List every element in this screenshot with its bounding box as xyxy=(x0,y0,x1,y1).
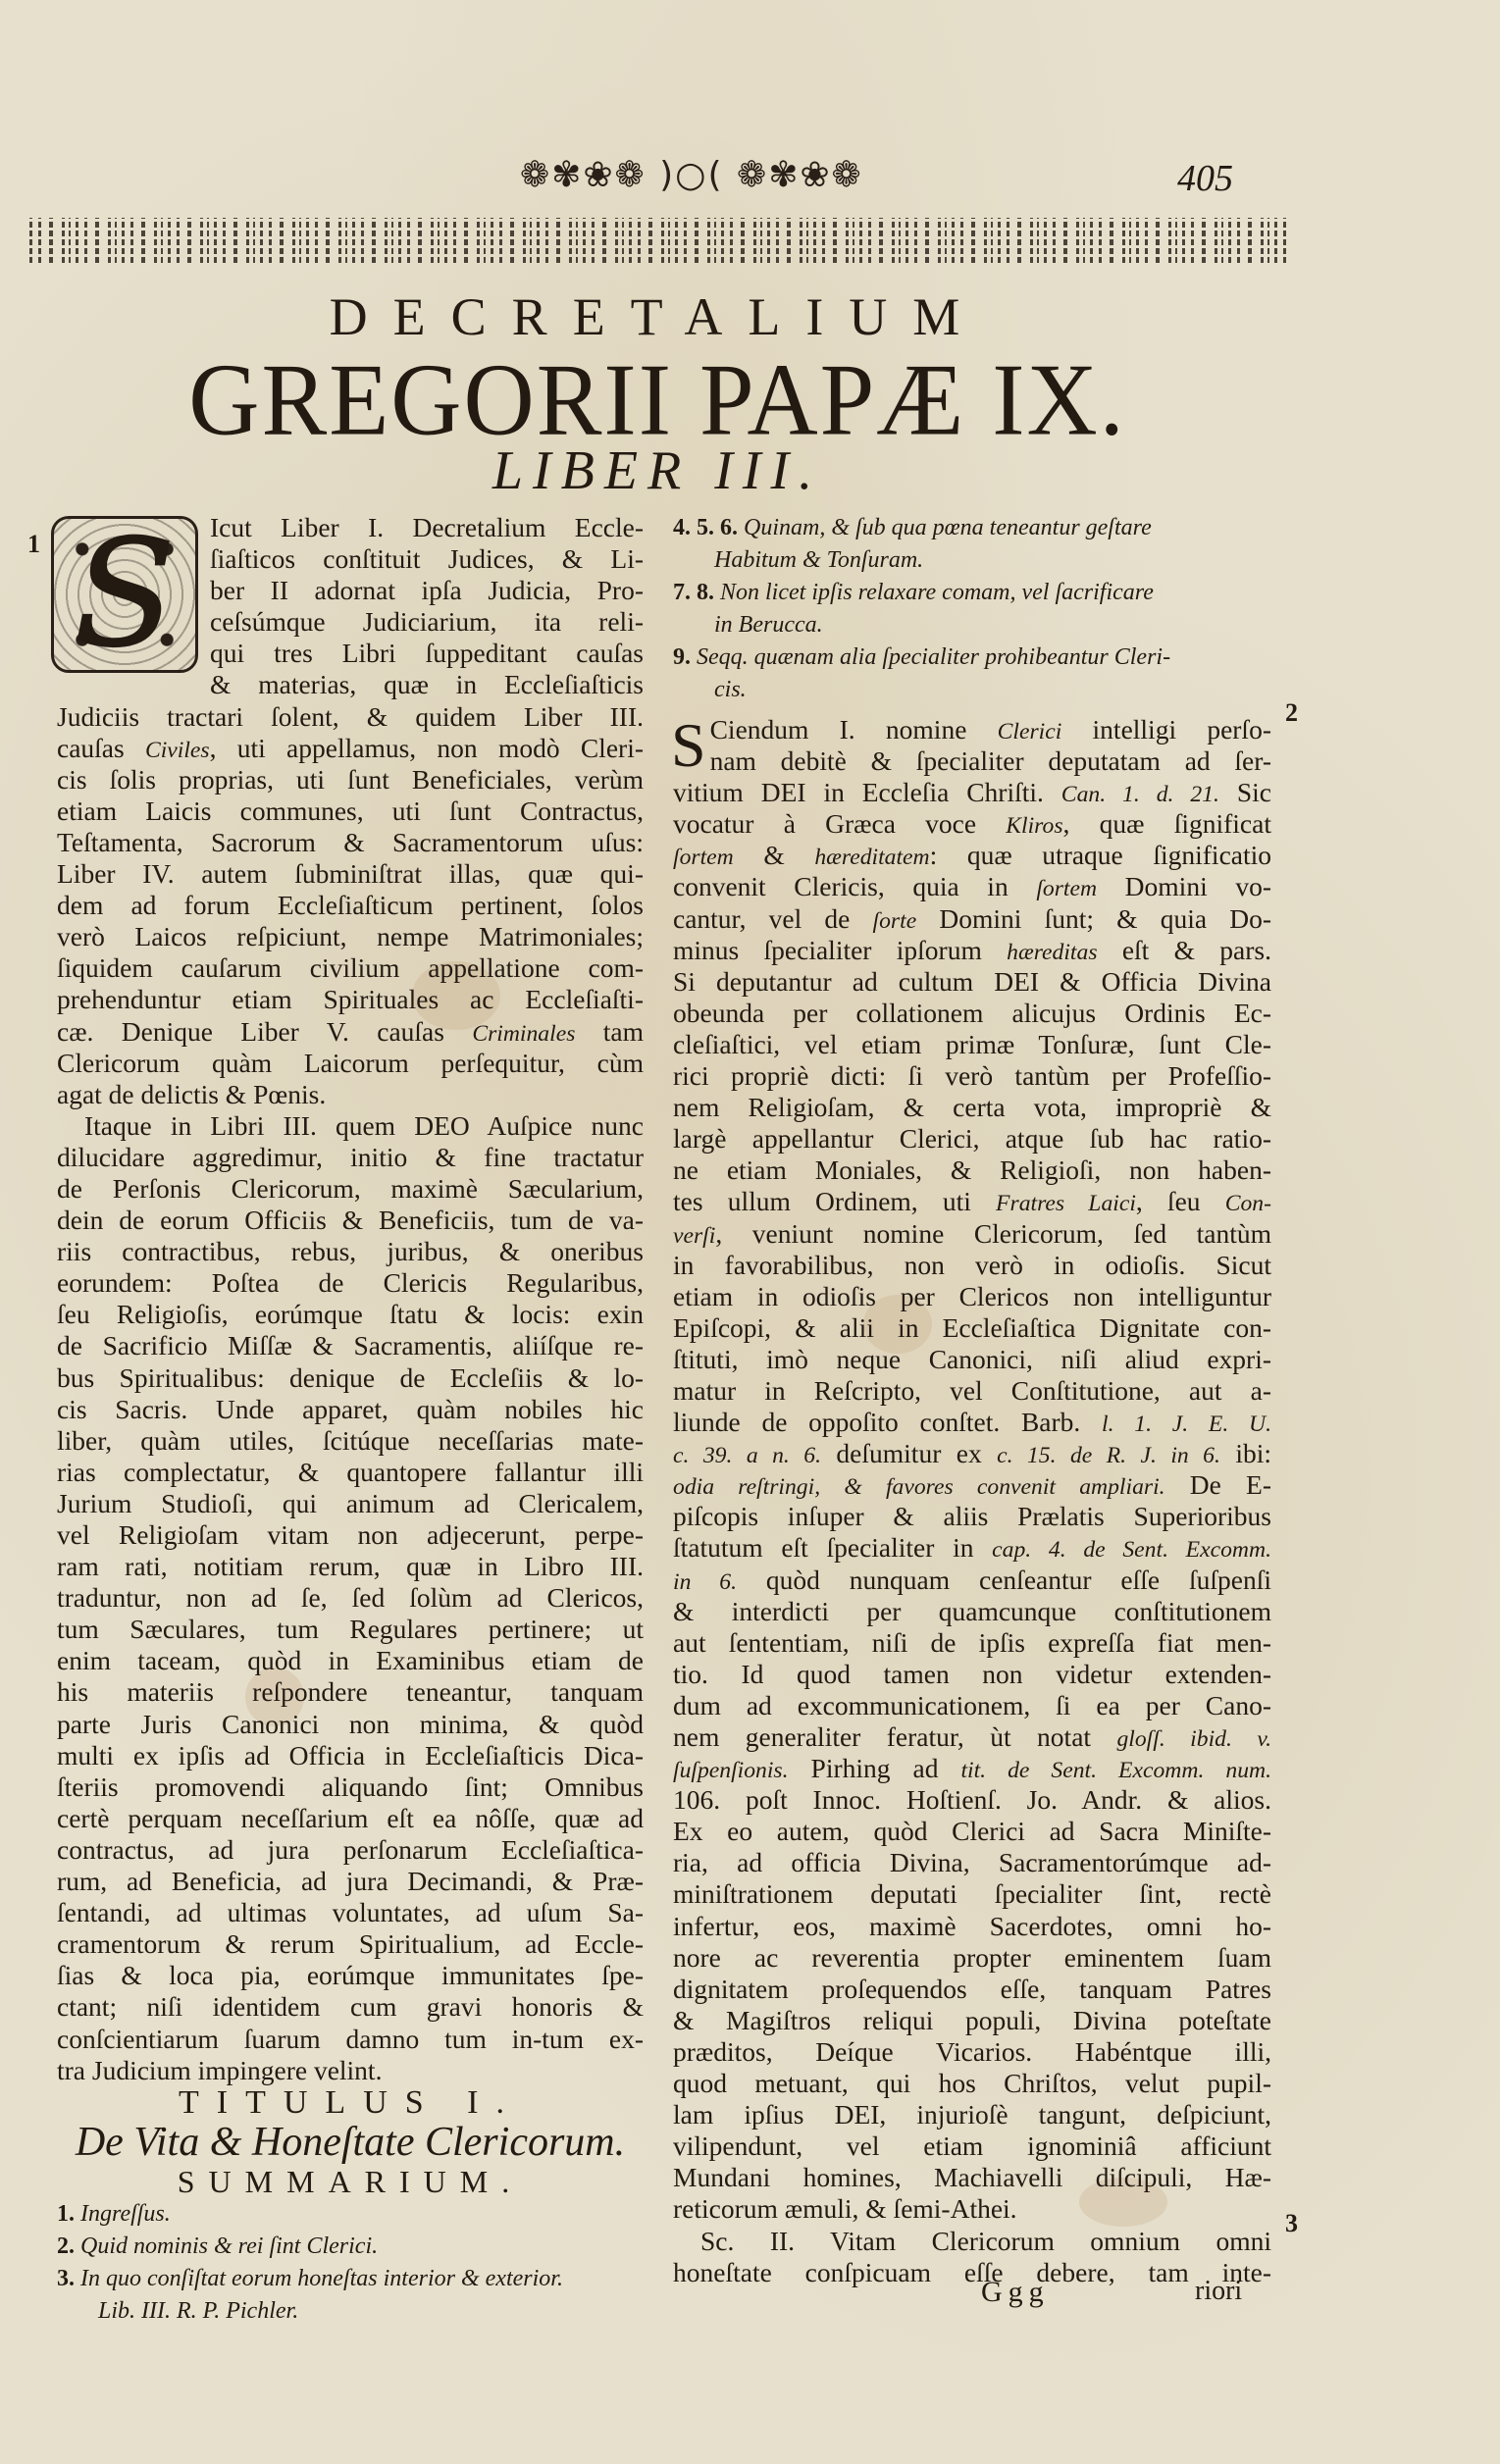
text-line: dum ad excommunicationem, ſi ea per Cano… xyxy=(673,1690,1271,1721)
text-line: dilucidare aggredimur, initio & fine tra… xyxy=(57,1142,644,1173)
text-line: liber, quàm utiles, ſcitúque neceſſarias… xyxy=(57,1425,644,1457)
text-line: dein de eorum Officiis & Beneficiis, tum… xyxy=(57,1205,644,1236)
initial-letter: S xyxy=(671,716,706,775)
text-line: parte Juris Canonici non minima, & quòd xyxy=(57,1709,644,1740)
text-line: verò Laicos reſpiciunt, nempe Matrimonia… xyxy=(57,921,644,952)
summary-item: 1. Ingreſſus. xyxy=(57,2198,644,2231)
text-line: Itaque in Libri III. quem DEO Auſpice nu… xyxy=(57,1110,644,1142)
text-line: ſteriis promovendi aliquando ſint; Omnib… xyxy=(57,1771,644,1803)
text-line: certè perquam neceſſarium eſt ea nôſſe, … xyxy=(57,1803,644,1834)
text-line: nem Religioſam, & certa vota, impropriè … xyxy=(673,1092,1271,1123)
text-line: ne etiam Moniales, & Religioſi, non habe… xyxy=(673,1155,1271,1186)
text-line: vitium DEI in Eccleſia Chriſti. Can. 1. … xyxy=(673,777,1271,808)
dropcap-paragraph: S Icut Liber I. Decretalium Eccle-ſiaſti… xyxy=(57,512,644,701)
summary-text: In quo conſiſtat eorum honeſtas interior… xyxy=(75,2266,563,2291)
text-line: vel Religioſam vitam non adjecerunt, per… xyxy=(57,1519,644,1551)
summary-text-continued: Lib. III. R. P. Pichler. xyxy=(57,2295,644,2328)
summary-number: 1. xyxy=(57,2198,75,2231)
text-line: convenit Clericis, quia in ſortem Domini… xyxy=(673,871,1271,902)
text-line: ria, ad officia Divina, Sacramentorúmque… xyxy=(673,1847,1271,1878)
text-line: largè appellantur Clerici, atque ſub hac… xyxy=(673,1123,1271,1155)
title-liber: LIBER III. xyxy=(0,439,1315,502)
text-line: Judiciis tractari ſolent, & quidem Liber… xyxy=(57,701,644,733)
text-line: reticorum æmuli, & ſemi-Athei. xyxy=(673,2193,1271,2225)
dropcap-ornament: S xyxy=(51,516,198,673)
text-line: obeunda per collationem alicujus Ordinis… xyxy=(673,998,1271,1029)
text-line: Jurium Studioſi, qui animum ad Clericale… xyxy=(57,1488,644,1519)
summary-text: Non licet ipſis relaxare comam, vel ſacr… xyxy=(714,580,1154,605)
text-line: tra Judicium impingere velint. xyxy=(57,2055,644,2086)
decorative-border-band xyxy=(29,218,1287,263)
text-line: rici propriè dicti: ſi verò tantùm per P… xyxy=(673,1060,1271,1092)
text-line: prehenduntur etiam Spirituales ac Eccleſ… xyxy=(57,984,644,1015)
page-number: 405 xyxy=(1177,157,1233,200)
text-line: ram rati, notitiam rerum, quæ in Libro I… xyxy=(57,1551,644,1582)
text-line: aut ſententiam, niſi de ipſis expreſſa f… xyxy=(673,1627,1271,1659)
text-line: dem ad forum Eccleſiaſticum pertinent, ſ… xyxy=(57,890,644,921)
section-title: De Vita & Honeſtate Clericorum. xyxy=(57,2120,644,2165)
summary-text: Quid nominis & rei ſint Clerici. xyxy=(75,2233,378,2259)
header-ornament: ❁✾❀❁ )○( ❁✾❀❁ xyxy=(520,155,863,195)
margin-number: 1 xyxy=(27,530,40,559)
text-line: infertur, eos, maximè Sacerdotes, omni h… xyxy=(673,1911,1271,1942)
text-line: tes ullum Ordinem, uti Fratres Laici, ſe… xyxy=(673,1186,1271,1217)
text-line: cramentorum & rerum Spiritualium, ad Ecc… xyxy=(57,1928,644,1960)
text-line: vocatur à Græca voce Kliros, quæ ſignifi… xyxy=(673,808,1271,840)
right-column: 4. 5. 6. Quinam, & ſub qua pœna teneantu… xyxy=(673,512,1271,2288)
summary-text: Ingreſſus. xyxy=(75,2201,171,2227)
summary-item: 4. 5. 6. Quinam, & ſub qua pœna teneantu… xyxy=(673,512,1271,544)
text-line: Teſtamenta, Sacrorum & Sacramentorum uſu… xyxy=(57,827,644,858)
text-line: nore ac reverentia propter eminentem ſua… xyxy=(673,1942,1271,1974)
titulus-heading: TITULUS I. xyxy=(57,2086,644,2120)
summary-number: 2. xyxy=(57,2231,75,2263)
text-line: & Magiſtros reliqui populi, Divina poteſ… xyxy=(673,2005,1271,2036)
text-line: Epiſcopi, & alii in Eccleſiaſtica Dignit… xyxy=(673,1312,1271,1344)
text-line: ctant; niſi identidem cum gravi honoris … xyxy=(57,1991,644,2023)
summary-list: 1. Ingreſſus.2. Quid nominis & rei ſint … xyxy=(57,2198,644,2328)
text-line: rias complectatur, & quantopere fallantu… xyxy=(57,1457,644,1488)
text-line: eorundem: Poſtea de Clericis Regularibus… xyxy=(57,1267,644,1299)
text-line: contractus, ad jura perſonarum Eccleſiaſ… xyxy=(57,1834,644,1866)
text-line: Sc. II. Vitam Clericorum omnium omni xyxy=(673,2226,1271,2257)
text-line: lam ipſius DEI, injurioſè tangunt, deſpi… xyxy=(673,2099,1271,2130)
text-line: ſias & loca pia, eorúmque immunitates ſp… xyxy=(57,1960,644,1991)
text-line: de Sacrificio Miſſæ & Sacramentis, aliíſ… xyxy=(57,1330,644,1361)
text-line: cleſiaſtici, vel etiam primæ Tonſuræ, ſu… xyxy=(673,1029,1271,1060)
margin-number: 2 xyxy=(1285,698,1298,728)
summary-item: 2. Quid nominis & rei ſint Clerici. xyxy=(57,2231,644,2263)
text-line: ſeu Religioſis, eorúmque ſtatu & locis: … xyxy=(57,1299,644,1330)
text-line: & interdicti per quamcunque conſtitution… xyxy=(673,1596,1271,1627)
summary-item: 9. Seqq. quænam alia ſpecialiter prohibe… xyxy=(673,642,1271,674)
text-line: ſtatutum eſt ſpecialiter in cap. 4. de S… xyxy=(673,1532,1271,1564)
summary-text-continued: Habitum & Tonſuram. xyxy=(673,544,1271,577)
text-line: nem generaliter feratur, ùt notat gloſſ.… xyxy=(673,1721,1271,1753)
text-line: præditos, Deíque Vicarios. Habéntque ill… xyxy=(673,2036,1271,2068)
title-decretalium: DECRETALIUM xyxy=(0,286,1315,347)
text-line: traduntur, non ad ſe, ſed ſolùm ad Cleri… xyxy=(57,1582,644,1614)
text-line: ſortem & hæreditatem: quæ utraque ſignif… xyxy=(673,840,1271,871)
left-paragraph-2: Itaque in Libri III. quem DEO Auſpice nu… xyxy=(57,1110,644,2086)
text-line: 106. poſt Innoc. Hoſtienſ. Jo. Andr. & a… xyxy=(673,1784,1271,1816)
scap-lines: Ciendum I. nomine Clerici intelligi perſ… xyxy=(673,714,1271,777)
scap-paragraph: S Ciendum I. nomine Clerici intelligi pe… xyxy=(673,714,1271,777)
catchword: riori xyxy=(1195,2276,1242,2307)
text-line: Ciendum I. nomine Clerici intelligi perſ… xyxy=(673,714,1271,745)
text-line: ſiquidem cauſarum civilium appellatione … xyxy=(57,952,644,984)
text-line: tum Sæculares, tum Regulares pertinere; … xyxy=(57,1614,644,1645)
text-line: ſuſpenſionis. Pirhing ad tit. de Sent. E… xyxy=(673,1753,1271,1784)
text-line: enim taceam, quòd in Examinibus etiam de xyxy=(57,1645,644,1676)
text-line: c. 39. a n. 6. deſumitur ex c. 15. de R.… xyxy=(673,1438,1271,1469)
dropcap-letter: S xyxy=(51,516,198,673)
text-line: conſcientiarum ſuarum damno tum in-tum e… xyxy=(57,2024,644,2055)
text-line: Clericorum quàm Laicorum perſequitur, cù… xyxy=(57,1048,644,1079)
text-line: cis ſolis proprias, uti ſunt Beneficiale… xyxy=(57,764,644,796)
summary-number: 3. xyxy=(57,2263,75,2295)
text-line: piſcopis inſuper & aliis Prælatis Superi… xyxy=(673,1501,1271,1532)
text-line: miniſtrationem deputati ſpecialiter ſint… xyxy=(673,1878,1271,1910)
text-line: verſi, veniunt nomine Clericorum, ſed ta… xyxy=(673,1218,1271,1250)
text-line: de Perſonis Clericorum, maximè Sæculariu… xyxy=(57,1173,644,1205)
summary-item: 3. In quo conſiſtat eorum honeſtas inter… xyxy=(57,2263,644,2295)
text-line: minus ſpecialiter ipſorum hæreditas eſt … xyxy=(673,935,1271,966)
text-line: tio. Id quod tamen non videtur extenden- xyxy=(673,1659,1271,1690)
text-line: riis contractibus, rebus, juribus, & one… xyxy=(57,1236,644,1267)
text-line: dignitatem proſequendos eſſe, tanquam Pa… xyxy=(673,1974,1271,2005)
text-line: multi ex ipſis ad Officia in Eccleſiaſti… xyxy=(57,1740,644,1771)
text-line: cauſas Civiles, uti appellamus, non modò… xyxy=(57,733,644,764)
text-line: etiam Laicis communes, uti ſunt Contract… xyxy=(57,796,644,827)
right-paragraph-2: Sc. II. Vitam Clericorum omnium omnihone… xyxy=(673,2226,1271,2288)
summary-number: 4. 5. 6. xyxy=(673,512,738,544)
text-line: etiam in odioſis per Clericos non intell… xyxy=(673,1281,1271,1312)
text-line: nam debitè & ſpecialiter deputatam ad ſe… xyxy=(673,745,1271,777)
text-line: in 6. quòd nunquam cenſeantur eſſe ſuſpe… xyxy=(673,1565,1271,1596)
text-line: quod metuant, qui hos Chriſtos, velut pu… xyxy=(673,2068,1271,2099)
text-line: Ex eo autem, quòd Clerici ad Sacra Miniſ… xyxy=(673,1816,1271,1847)
text-line: rum, ad Beneficia, ad jura Decimandi, & … xyxy=(57,1866,644,1897)
left-column: S Icut Liber I. Decretalium Eccle-ſiaſti… xyxy=(57,512,644,2328)
text-line: in favorabilibus, non verò in odioſis. S… xyxy=(673,1250,1271,1281)
summary-text: Quinam, & ſub qua pœna teneantur geſtare xyxy=(738,515,1152,540)
margin-number: 3 xyxy=(1285,2209,1298,2238)
text-line: Si deputantur ad cultum DEI & Officia Di… xyxy=(673,966,1271,998)
text-line: cis Sacris. Unde apparet, quàm nobiles h… xyxy=(57,1394,644,1425)
text-line: matur in Reſcripto, vel Conſtitutione, a… xyxy=(673,1375,1271,1407)
text-line: liunde de oppoſito conſtet. Barb. l. 1. … xyxy=(673,1407,1271,1438)
summary-item: 7. 8. Non licet ipſis relaxare comam, ve… xyxy=(673,577,1271,609)
summary-list-continued: 4. 5. 6. Quinam, & ſub qua pœna teneantu… xyxy=(673,512,1271,706)
text-line: honeſtate conſpicuam eſſe debere, tam in… xyxy=(673,2257,1271,2288)
text-line: bus Spiritualibus: denique de Eccleſiis … xyxy=(57,1362,644,1394)
signature-mark: Ggg xyxy=(981,2276,1050,2309)
text-line: Liber IV. autem ſubminiſtrat illas, quæ … xyxy=(57,858,644,890)
text-line: Mundani homines, Machiavelli diſcipuli, … xyxy=(673,2162,1271,2193)
summarium-heading: SUMMARIUM. xyxy=(57,2165,644,2198)
text-line: ſentandi, ad ultimas voluntates, ad uſum… xyxy=(57,1897,644,1928)
summary-text-continued: cis. xyxy=(673,674,1271,706)
summary-number: 9. xyxy=(673,642,691,674)
left-paragraph-1: Judiciis tractari ſolent, & quidem Liber… xyxy=(57,701,644,1110)
summary-text: Seqq. quænam alia ſpecialiter prohibeant… xyxy=(691,644,1170,670)
text-line: his materiis reſpondere teneantur, tanqu… xyxy=(57,1676,644,1708)
text-line: vilipendunt, vel etiam ignominiâ afficiu… xyxy=(673,2130,1271,2162)
text-line: ſtituti, imò neque Canonici, niſi aliud … xyxy=(673,1344,1271,1375)
text-line: odia reſtringi, & favores convenit ampli… xyxy=(673,1469,1271,1501)
text-line: cantur, vel de ſorte Domini ſunt; & quia… xyxy=(673,903,1271,935)
right-paragraph-1: vitium DEI in Eccleſia Chriſti. Can. 1. … xyxy=(673,777,1271,2225)
summary-text-continued: in Berucca. xyxy=(673,609,1271,642)
text-line: cæ. Denique Liber V. cauſas Criminales t… xyxy=(57,1016,644,1048)
summary-number: 7. 8. xyxy=(673,577,714,609)
text-line: agat de delictis & Pœnis. xyxy=(57,1079,644,1110)
